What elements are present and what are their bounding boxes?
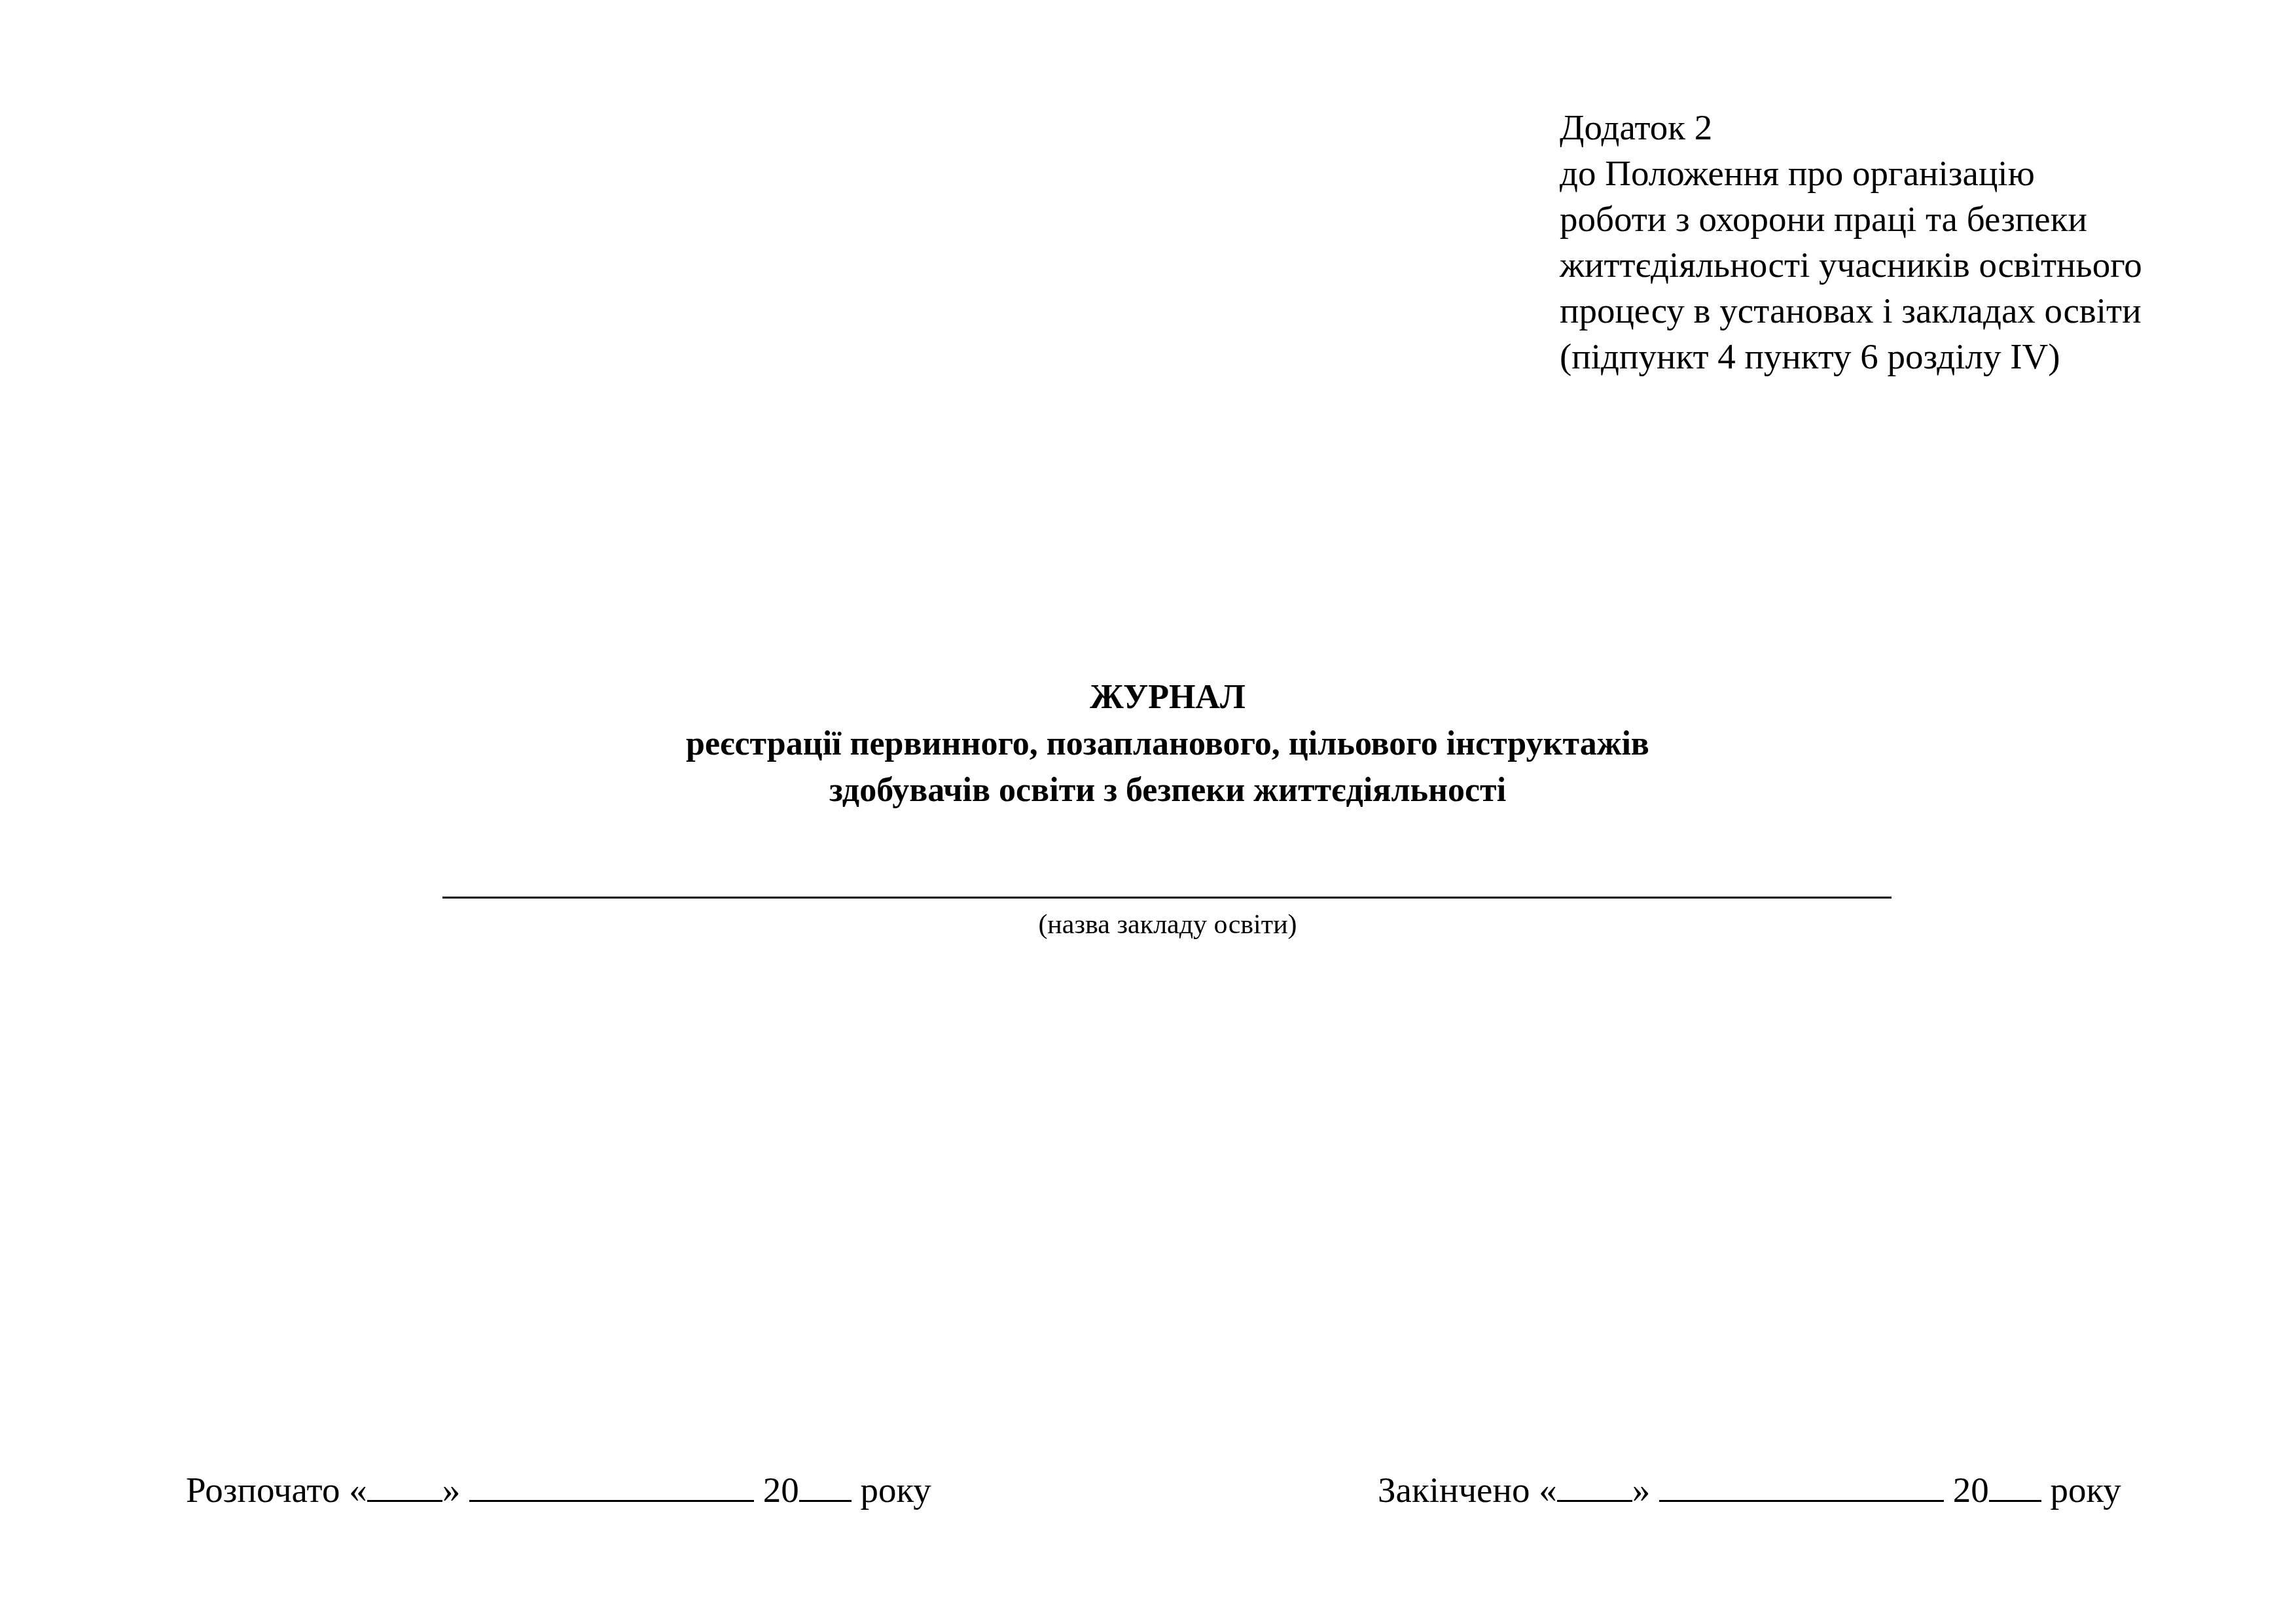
journal-title: ЖУРНАЛ реєстрації первинного, позапланов… xyxy=(0,674,2296,813)
finished-year-prefix: 20 xyxy=(1953,1470,1989,1510)
annex-line: до Положення про організацію xyxy=(1560,151,2142,196)
annex-line: процесу в установах і закладах освіти xyxy=(1560,288,2142,334)
open-quote: « xyxy=(1539,1470,1557,1510)
started-label: Розпочато xyxy=(186,1470,340,1510)
finished-day-field[interactable] xyxy=(1557,1466,1632,1502)
annex-note: Додаток 2 до Положення про організацію р… xyxy=(1560,105,2142,380)
institution-name-caption: (назва закладу освіти) xyxy=(0,908,2296,941)
finished-label: Закінчено xyxy=(1378,1470,1530,1510)
institution-name-field[interactable] xyxy=(442,897,1892,899)
annex-line: життєдіяльності учасників освітнього xyxy=(1560,242,2142,288)
title-subtitle-line2: здобувачів освіти з безпеки життєдіяльно… xyxy=(0,767,2296,813)
open-quote: « xyxy=(349,1470,367,1510)
finished-year-field[interactable] xyxy=(1989,1466,2041,1502)
title-heading: ЖУРНАЛ xyxy=(0,674,2296,721)
started-date: Розпочато «» 20 року xyxy=(186,1466,931,1513)
started-year-word: року xyxy=(860,1470,931,1510)
close-quote: » xyxy=(1632,1470,1651,1510)
started-year-field[interactable] xyxy=(799,1466,852,1502)
annex-line-number: Додаток 2 xyxy=(1560,105,2142,151)
close-quote: » xyxy=(442,1470,461,1510)
started-month-field[interactable] xyxy=(469,1466,754,1502)
annex-line: роботи з охорони праці та безпеки xyxy=(1560,196,2142,242)
annex-line: (підпункт 4 пункту 6 розділу IV) xyxy=(1560,334,2142,380)
finished-year-word: року xyxy=(2050,1470,2121,1510)
finished-month-field[interactable] xyxy=(1659,1466,1944,1502)
started-day-field[interactable] xyxy=(367,1466,442,1502)
title-subtitle-line1: реєстрації первинного, позапланового, ці… xyxy=(0,721,2296,767)
started-year-prefix: 20 xyxy=(763,1470,799,1510)
finished-date: Закінчено «» 20 року xyxy=(1378,1466,2121,1513)
